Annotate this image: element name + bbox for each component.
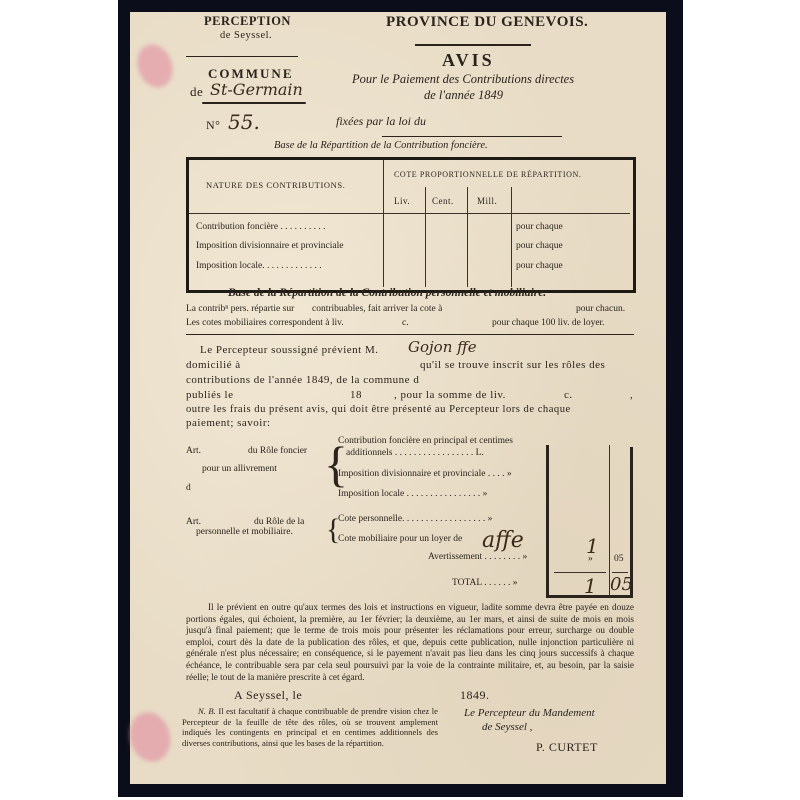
legal-text: Il le prévient en outre qu'aux termes de… xyxy=(186,602,634,683)
number-label: N° xyxy=(206,118,220,133)
avertissement-liv-value: » xyxy=(588,554,593,564)
foncier-item-label-2: additionnels . . . . . . . . . . . . . .… xyxy=(346,448,484,458)
commune-name-handwritten: St-Germain xyxy=(210,80,303,99)
nb-label: N. B. xyxy=(198,706,216,716)
perso-art-label: Art. xyxy=(186,517,201,527)
notice-line4-d: c. xyxy=(564,389,573,401)
nb-note: N. B. Il est facultatif à chaque contrib… xyxy=(182,706,438,748)
total-cent-value: 05 xyxy=(610,574,633,595)
notice-line4-e: , xyxy=(630,389,633,401)
table-divider xyxy=(425,187,426,287)
foncier-item-label: Imposition locale . . . . . . . . . . . … xyxy=(338,489,487,499)
avis-title: AVIS xyxy=(442,50,495,71)
fonciere-section-title: Base de la Répartition de la Contributio… xyxy=(274,140,488,151)
personnelle-line1-a: La contribⁿ pers. répartie sur xyxy=(186,304,294,314)
wax-stain-bottom xyxy=(124,708,176,767)
perso-role-label-2: personnelle et mobiliaire. xyxy=(196,527,293,537)
col-cote-header: COTE PROPORTIONNELLE DE RÉPARTITION. xyxy=(394,170,581,179)
law-date-line xyxy=(382,136,562,137)
fonciere-row-suffix: pour chaque xyxy=(516,261,563,271)
fonciere-row-label: Imposition divisionnaire et provinciale xyxy=(196,241,343,251)
foncier-item-label: Imposition divisionnaire et provinciale … xyxy=(338,469,512,479)
notice-line1: Le Percepteur soussigné prévient M. xyxy=(200,344,378,356)
province-title: PROVINCE DU GENEVOIS. xyxy=(386,14,588,31)
personnelle-line2-c: pour chaque 100 liv. de loyer. xyxy=(492,318,605,328)
total-rule xyxy=(612,572,628,573)
flourish-rule xyxy=(202,102,306,104)
avis-subtitle-2: de l'année 1849 xyxy=(424,88,503,103)
fixed-by-law-label: fixées par la loi du xyxy=(336,114,426,129)
place-date: A Seyssel, le xyxy=(234,688,302,703)
perception-place: de Seyssel. xyxy=(220,30,272,41)
fonciere-row-label: Contribution foncière . . . . . . . . . … xyxy=(196,222,326,232)
nb-text: Il est facultatif à chaque contribuable … xyxy=(182,706,438,748)
divider xyxy=(186,56,298,57)
avertissement-label: Avertissement . . . . . . . . » xyxy=(428,552,527,562)
total-rule xyxy=(554,572,606,573)
year: 1849. xyxy=(460,688,490,703)
perso-item-label: Cote personnelle. . . . . . . . . . . . … xyxy=(338,514,492,524)
personnelle-line1-b: contribuables, fait arriver la cote à xyxy=(312,304,442,314)
notice-line6: paiement; savoir: xyxy=(186,417,271,429)
total-liv-value: 1 xyxy=(584,574,597,598)
notice-line4-b: 18 xyxy=(350,389,362,401)
ornament-rule xyxy=(415,44,531,46)
table-header-rule xyxy=(189,213,630,214)
fonciere-row-label: Imposition locale. . . . . . . . . . . .… xyxy=(196,261,322,271)
col-nature-header: NATURE DES CONTRIBUTIONS. xyxy=(206,180,345,190)
table-divider xyxy=(511,187,512,287)
notice-line4-c: , pour la somme de liv. xyxy=(394,389,506,401)
foncier-d-label: d xyxy=(186,483,191,493)
avis-subtitle-1: Pour le Paiement des Contributions direc… xyxy=(352,72,574,87)
fonciere-row-suffix: pour chaque xyxy=(516,241,563,251)
foncier-item-label: Contribution foncière en principal et ce… xyxy=(338,436,513,446)
foncier-role-label: du Rôle foncier xyxy=(248,446,307,456)
personnelle-line2-a: Les cotes mobiliaires correspondent à li… xyxy=(186,318,344,328)
notice-line4-a: publiés le xyxy=(186,389,233,401)
perso-item-label: Cote mobiliaire pour un loyer de xyxy=(338,534,462,544)
personnelle-section-title: Base de la Répartition de la Contributio… xyxy=(228,287,546,299)
total-label: TOTAL . . . . . . » xyxy=(452,578,517,588)
perso-role-label: du Rôle de la xyxy=(254,517,304,527)
personnelle-line1-c: pour chacun. xyxy=(576,304,625,314)
taxpayer-name-handwritten: Gojon ffe xyxy=(408,338,477,356)
foncier-art-label: Art. xyxy=(186,446,201,456)
section-divider xyxy=(186,334,634,335)
subcol-mill: Mill. xyxy=(477,196,497,206)
subcol-cent: Cent. xyxy=(432,196,454,206)
amount-box-left xyxy=(546,445,549,597)
table-divider xyxy=(467,187,468,287)
signatory-title-2: de Seyssel , xyxy=(482,721,532,733)
loyer-handwritten: affe xyxy=(482,528,524,553)
personnelle-line2-b: c. xyxy=(402,318,409,328)
subcol-liv: Liv. xyxy=(394,196,410,206)
notice-line2-a: domicilié à xyxy=(186,359,241,371)
notice-line5: outre les frais du présent avis, qui doi… xyxy=(186,404,571,415)
commune-prefix: de xyxy=(190,84,203,100)
notice-line2-b: qu'il se trouve inscrit sur les rôles de… xyxy=(420,359,605,371)
table-divider xyxy=(383,160,384,287)
amount-box-divider xyxy=(609,445,610,595)
number-handwritten: 55. xyxy=(228,110,260,134)
signatory-name: P. CURTET xyxy=(536,740,598,755)
tax-notice-document: PERCEPTION de Seyssel. COMMUNE de St-Ger… xyxy=(130,12,666,784)
fonciere-row-suffix: pour chaque xyxy=(516,222,563,232)
foncier-allivrement-label: pour un allivrement xyxy=(202,464,277,474)
perception-label: PERCEPTION xyxy=(204,14,291,29)
avertissement-cent-value: 05 xyxy=(614,554,624,564)
notice-line3: contributions de l'année 1849, de la com… xyxy=(186,374,419,386)
signatory-title-1: Le Percepteur du Mandement xyxy=(464,707,595,719)
wax-stain-top xyxy=(132,40,179,93)
